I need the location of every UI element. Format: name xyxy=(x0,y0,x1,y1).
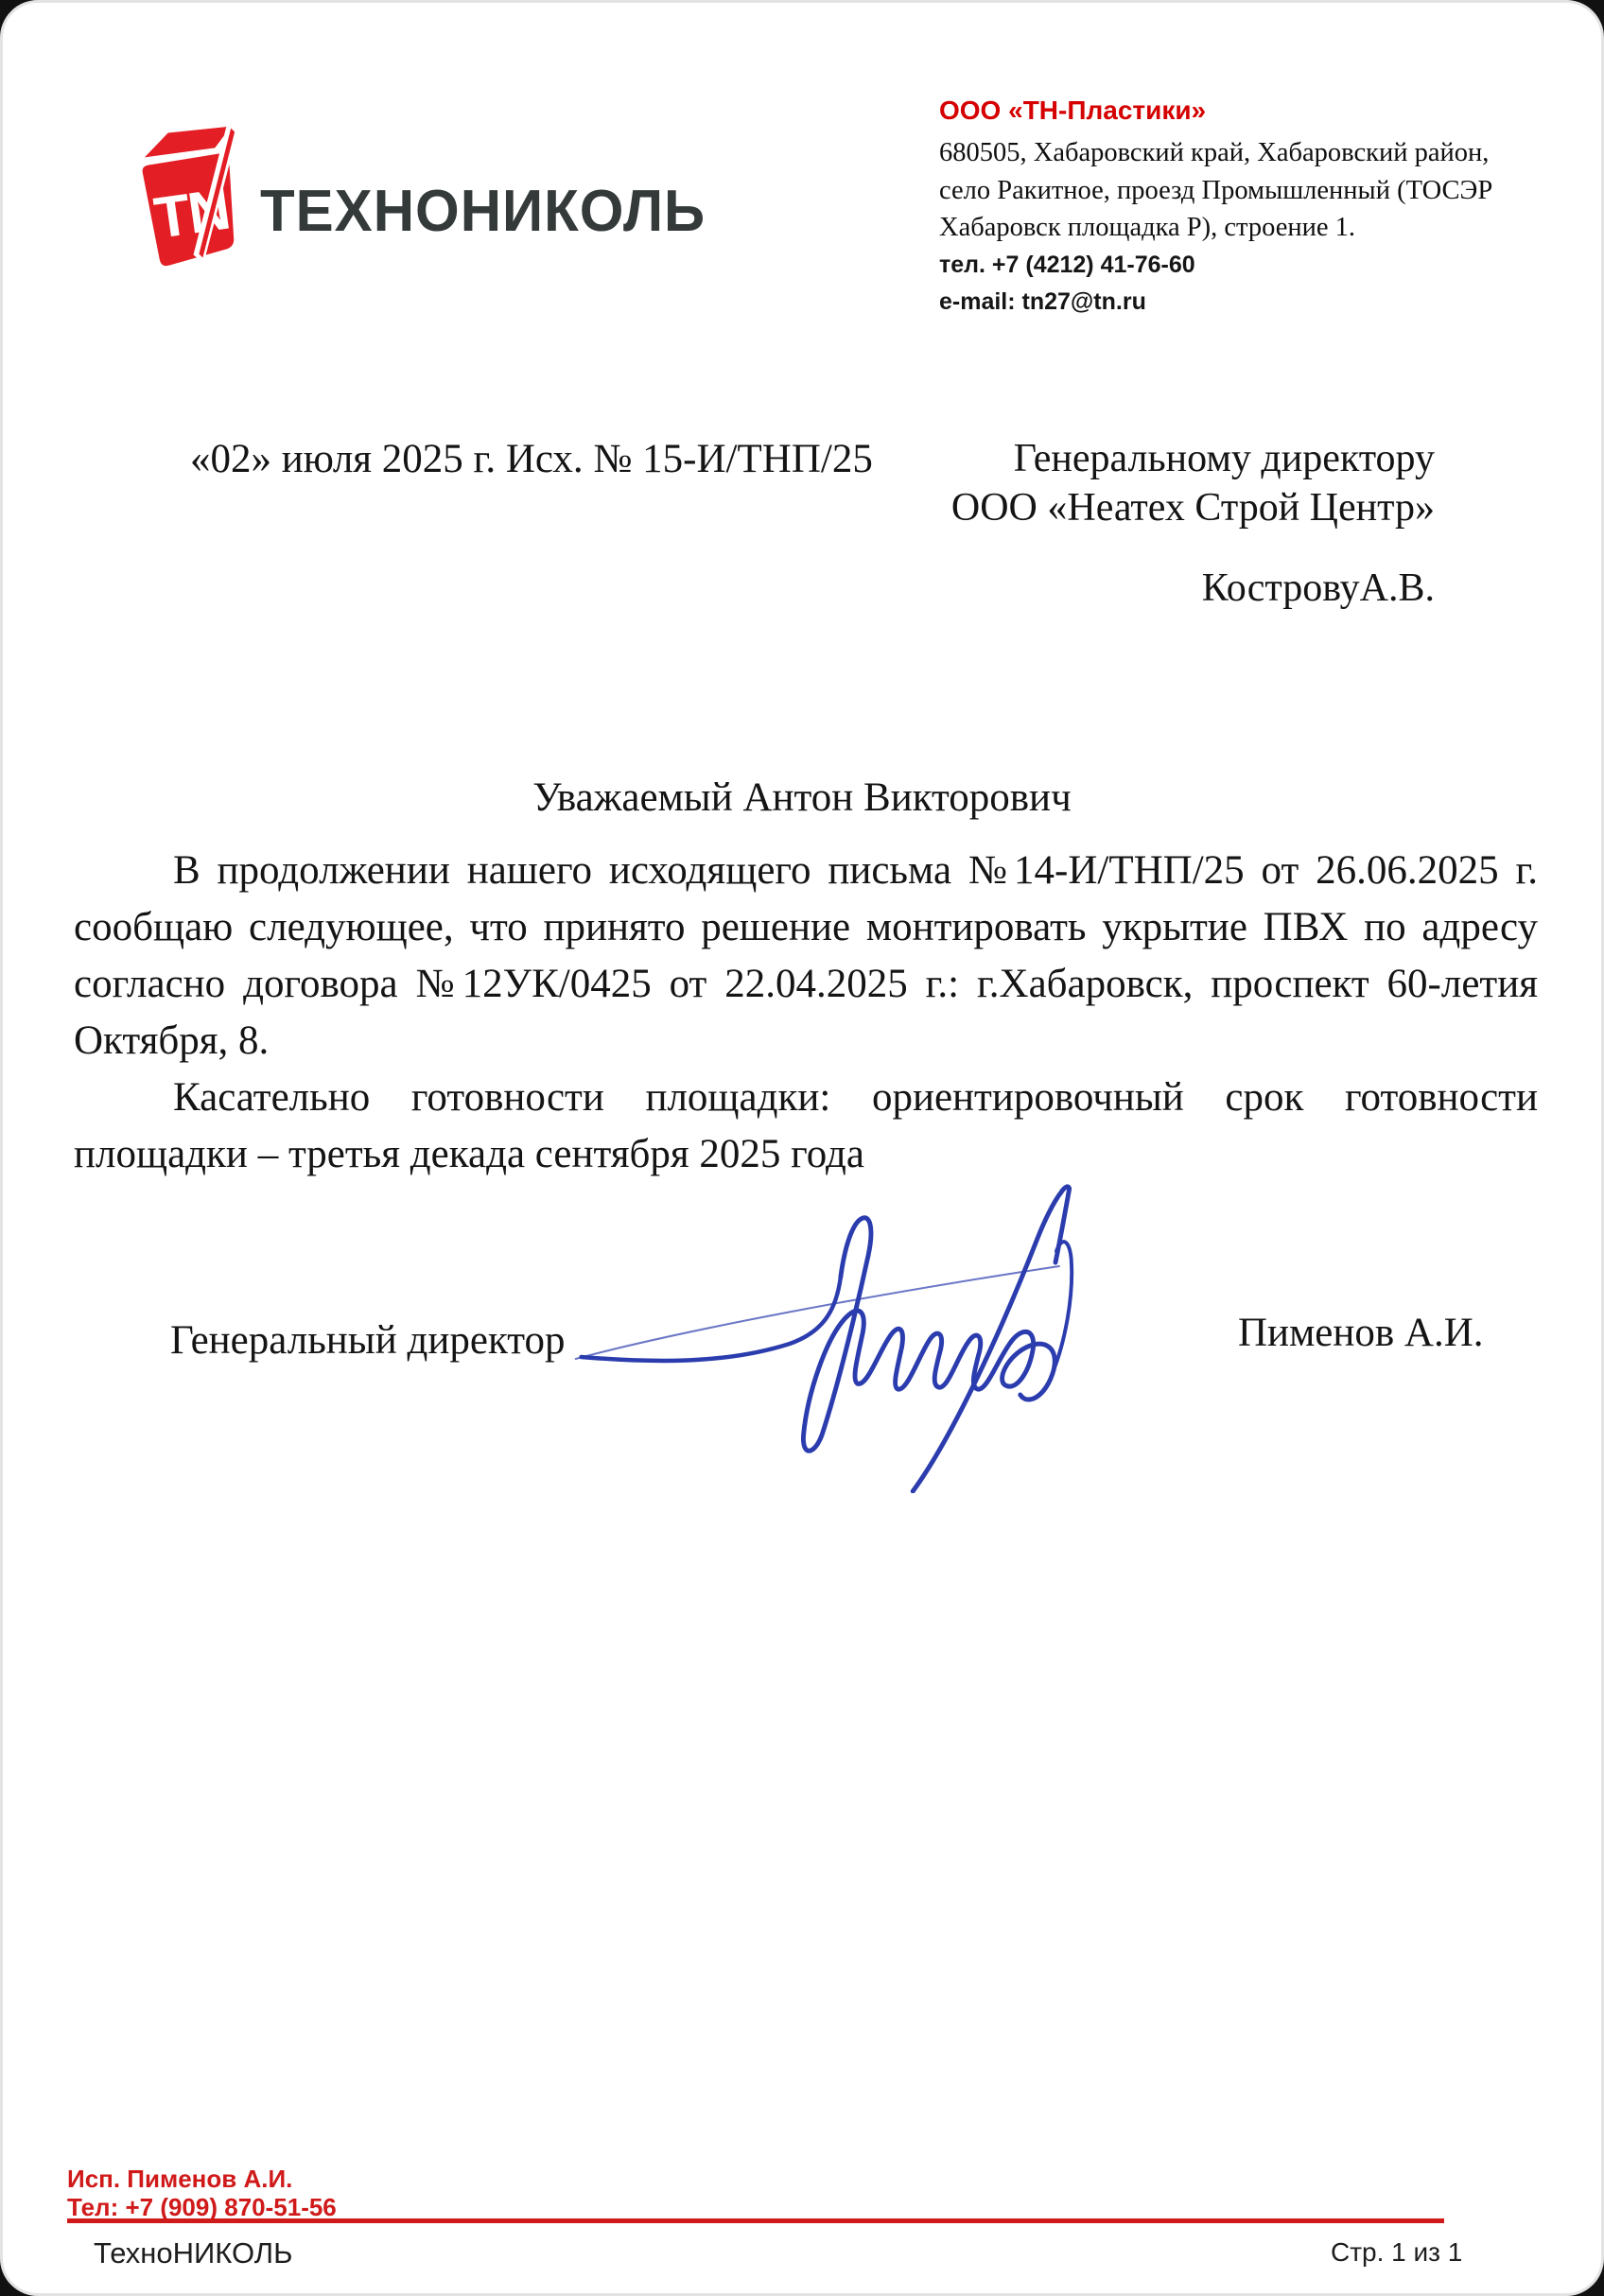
executor-name: Исп. Пименов А.И. xyxy=(67,2165,292,2194)
paragraph: В продолжении нашего исходящего письма №… xyxy=(74,843,1538,1070)
tn-cube-logo-icon: TN xyxy=(133,122,251,273)
company-address-line: село Ракитное, проезд Промышленный (ТОСЭ… xyxy=(939,172,1469,210)
addressee-name: КостровуА.В. xyxy=(1202,565,1435,611)
footer-divider xyxy=(67,2218,1444,2223)
company-address-line: Хабаровск площадка Р), строение 1. xyxy=(939,209,1469,247)
letter-page: TN ТЕХНОНИКОЛЬ ООО «ТН-Пластики» 680505,… xyxy=(0,0,1604,2296)
company-phone: тел. +7 (4212) 41-76-60 xyxy=(939,247,1469,285)
company-email: e-mail: tn27@tn.ru xyxy=(939,284,1469,322)
footer-brand: ТехноНИКОЛЬ xyxy=(94,2236,292,2270)
signer-position: Генеральный директор xyxy=(170,1317,566,1364)
addressee-line: ООО «Неатех Строй Центр» xyxy=(951,483,1435,532)
company-name: ООО «ТН-Пластики» xyxy=(939,96,1469,126)
addressee-line: Генеральному директору xyxy=(951,434,1435,483)
logo-wordmark: ТЕХНОНИКОЛЬ xyxy=(260,177,706,245)
letter-body: В продолжении нашего исходящего письма №… xyxy=(74,843,1538,1183)
date-reference: «02» июля 2025 г. Исх. № 15-И/ТНП/25 xyxy=(190,436,873,482)
company-address-line: 680505, Хабаровский край, Хабаровский ра… xyxy=(939,134,1469,172)
handwritten-signature xyxy=(563,1162,1100,1493)
page-number: Стр. 1 из 1 xyxy=(1331,2237,1462,2268)
signer-name: Пименов А.И. xyxy=(1238,1310,1484,1356)
company-info-block: ООО «ТН-Пластики» 680505, Хабаровский кр… xyxy=(939,96,1469,322)
addressee-block: Генеральному директору ООО «Неатех Строй… xyxy=(951,434,1435,532)
salutation: Уважаемый Антон Викторович xyxy=(3,774,1601,821)
